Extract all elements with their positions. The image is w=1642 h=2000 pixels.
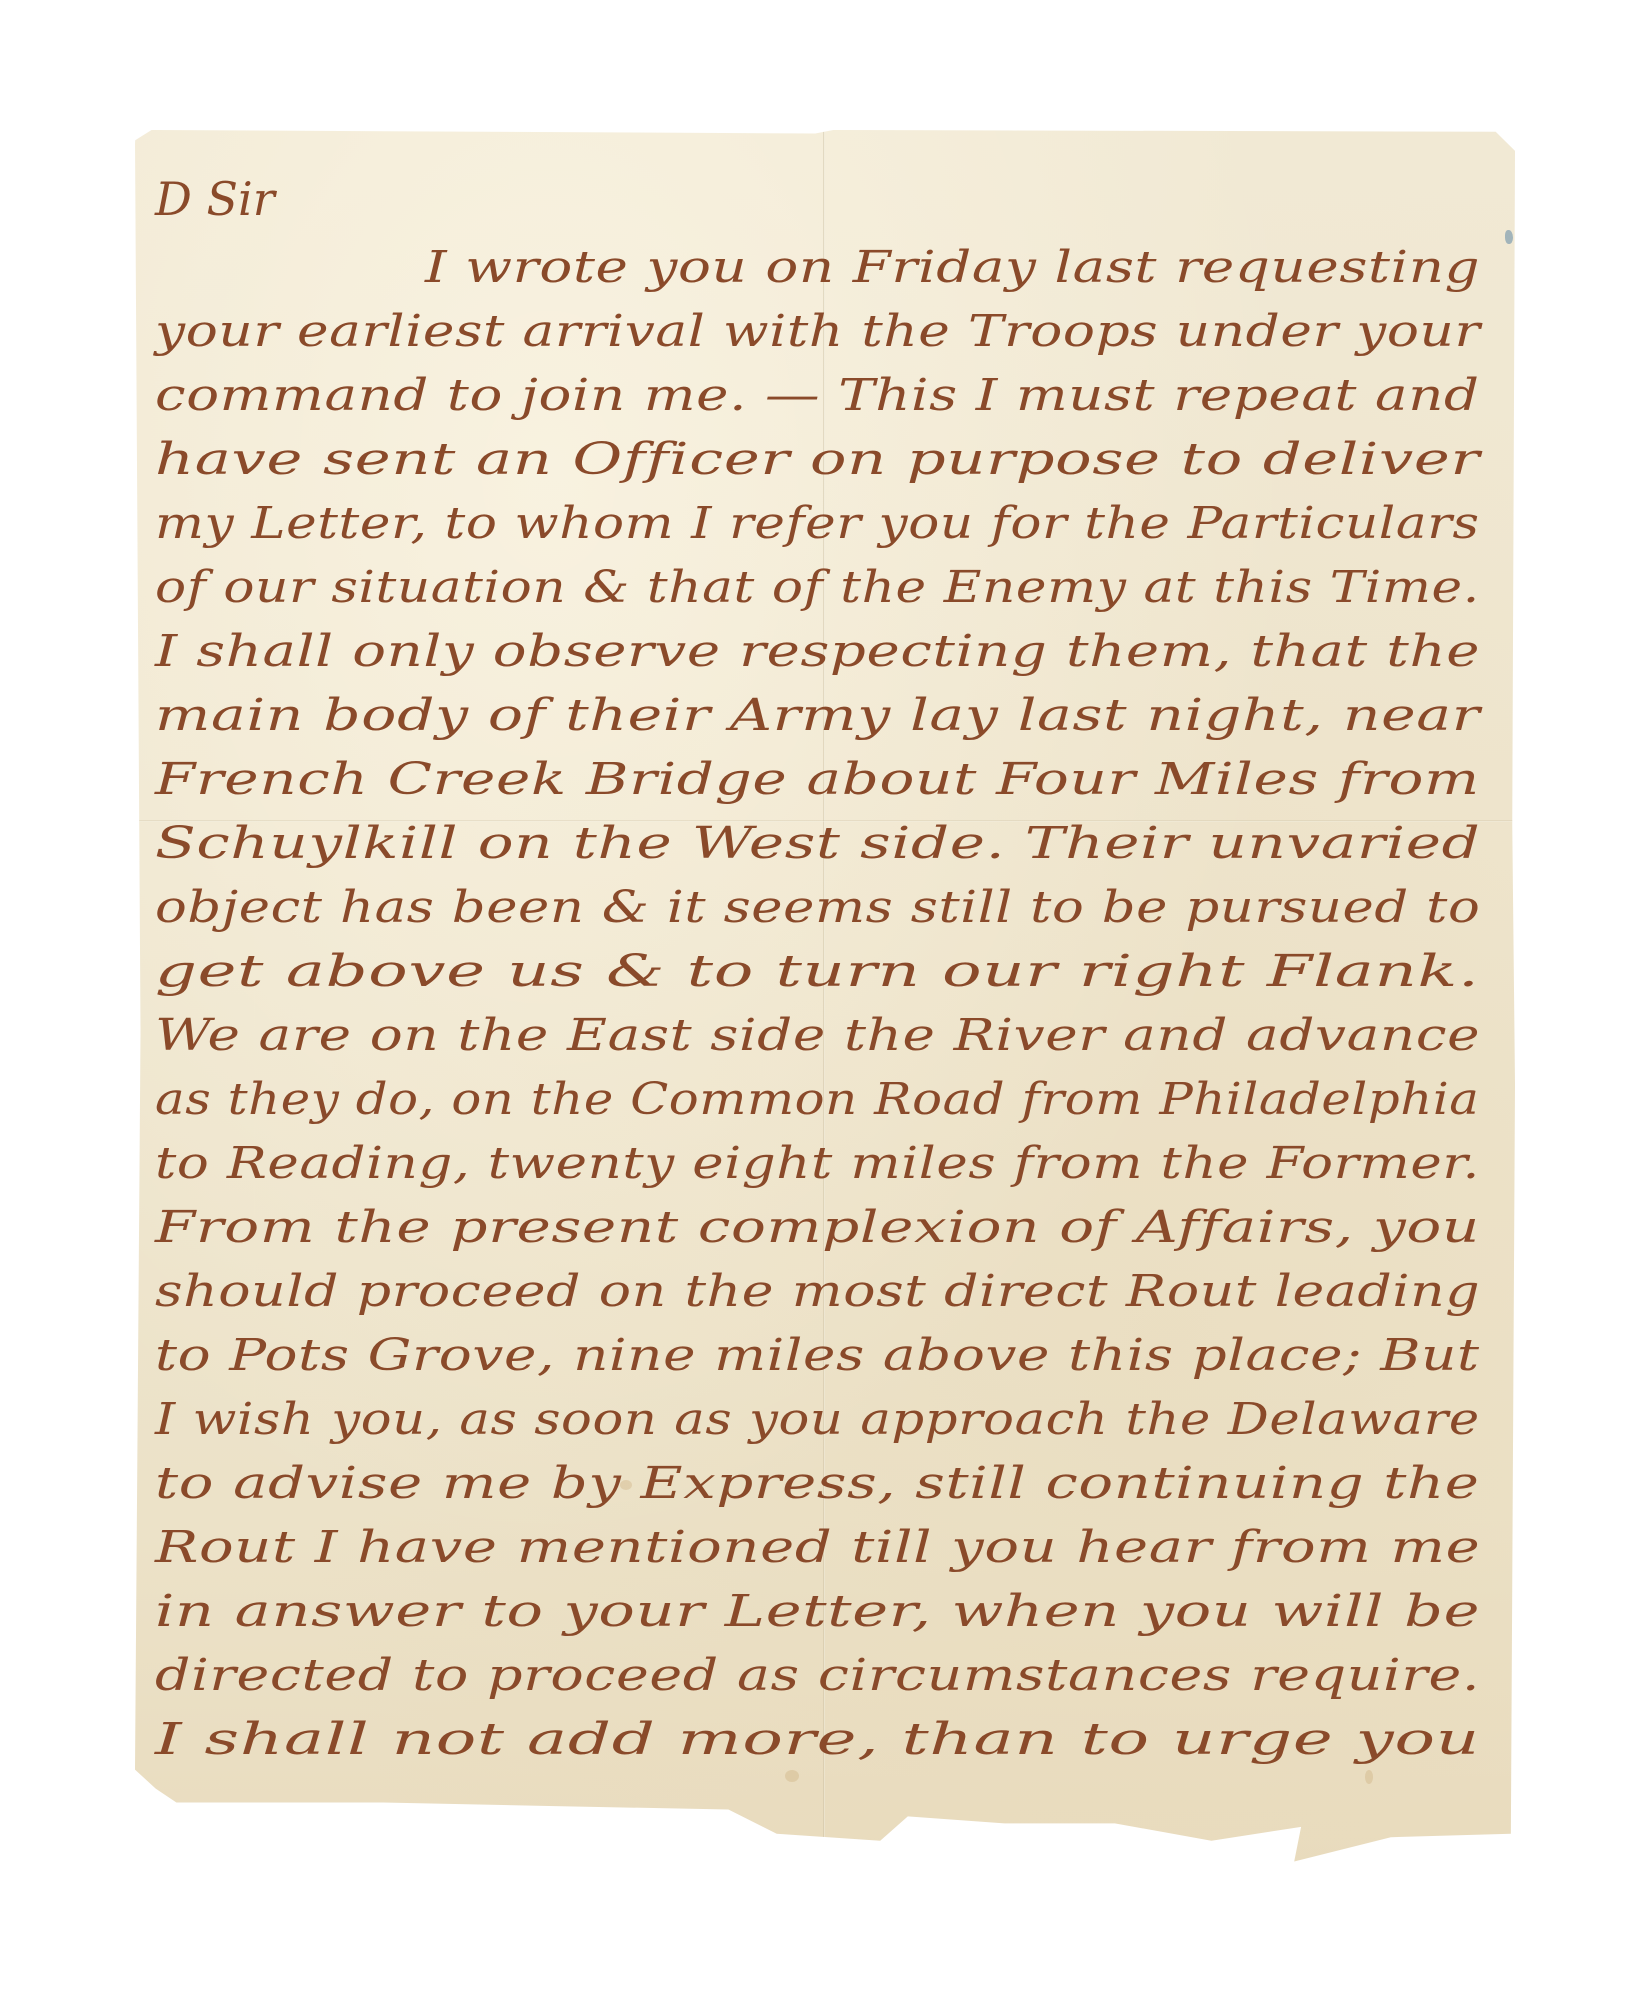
letter-line: I shall not add more, than to urge you: [155, 1714, 1480, 1765]
letter-text: D Sir I wrote you on Friday last request…: [135, 130, 1515, 1865]
letter-line: I shall only observe respecting them, th…: [155, 626, 1480, 677]
letter-line: to Reading, twenty eight miles from the …: [155, 1138, 1480, 1189]
letter-line: your earliest arrival with the Troops un…: [155, 306, 1481, 357]
letter-line: Schuylkill on the West side. Their unvar…: [155, 818, 1480, 869]
letter-line: in answer to your Letter, when you will …: [155, 1586, 1480, 1637]
letter-line: I wish you, as soon as you approach the …: [155, 1394, 1480, 1445]
letter-line: get above us & to turn our right Flank.: [155, 946, 1480, 997]
letter-paper: D Sir I wrote you on Friday last request…: [135, 130, 1515, 1865]
letter-line: We are on the East side the River and ad…: [155, 1010, 1480, 1061]
letter-line: my Letter, to whom I refer you for the P…: [155, 498, 1480, 549]
letter-line: of our situation & that of the Enemy at …: [155, 562, 1480, 613]
letter-line: From the present complexion of Affairs, …: [155, 1202, 1480, 1253]
letter-line: to advise me by Express, still continuin…: [155, 1458, 1480, 1509]
letter-line: I wrote you on Friday last requesting: [425, 242, 1480, 293]
letter-line: directed to proceed as circumstances req…: [155, 1650, 1480, 1701]
letter-line: have sent an Officer on purpose to deliv…: [155, 434, 1480, 485]
salutation: D Sir: [155, 172, 275, 226]
letter-line: Rout I have mentioned till you hear from…: [155, 1522, 1480, 1573]
letter-line: main body of their Army lay last night, …: [155, 690, 1480, 741]
letter-line: to Pots Grove, nine miles above this pla…: [155, 1330, 1480, 1381]
letter-line: should proceed on the most direct Rout l…: [155, 1266, 1480, 1317]
letter-line: French Creek Bridge about Four Miles fro…: [155, 754, 1480, 805]
letter-line: command to join me. — This I must repeat…: [155, 370, 1480, 421]
letter-line: as they do, on the Common Road from Phil…: [155, 1074, 1479, 1125]
letter-line: object has been & it seems still to be p…: [155, 882, 1480, 933]
